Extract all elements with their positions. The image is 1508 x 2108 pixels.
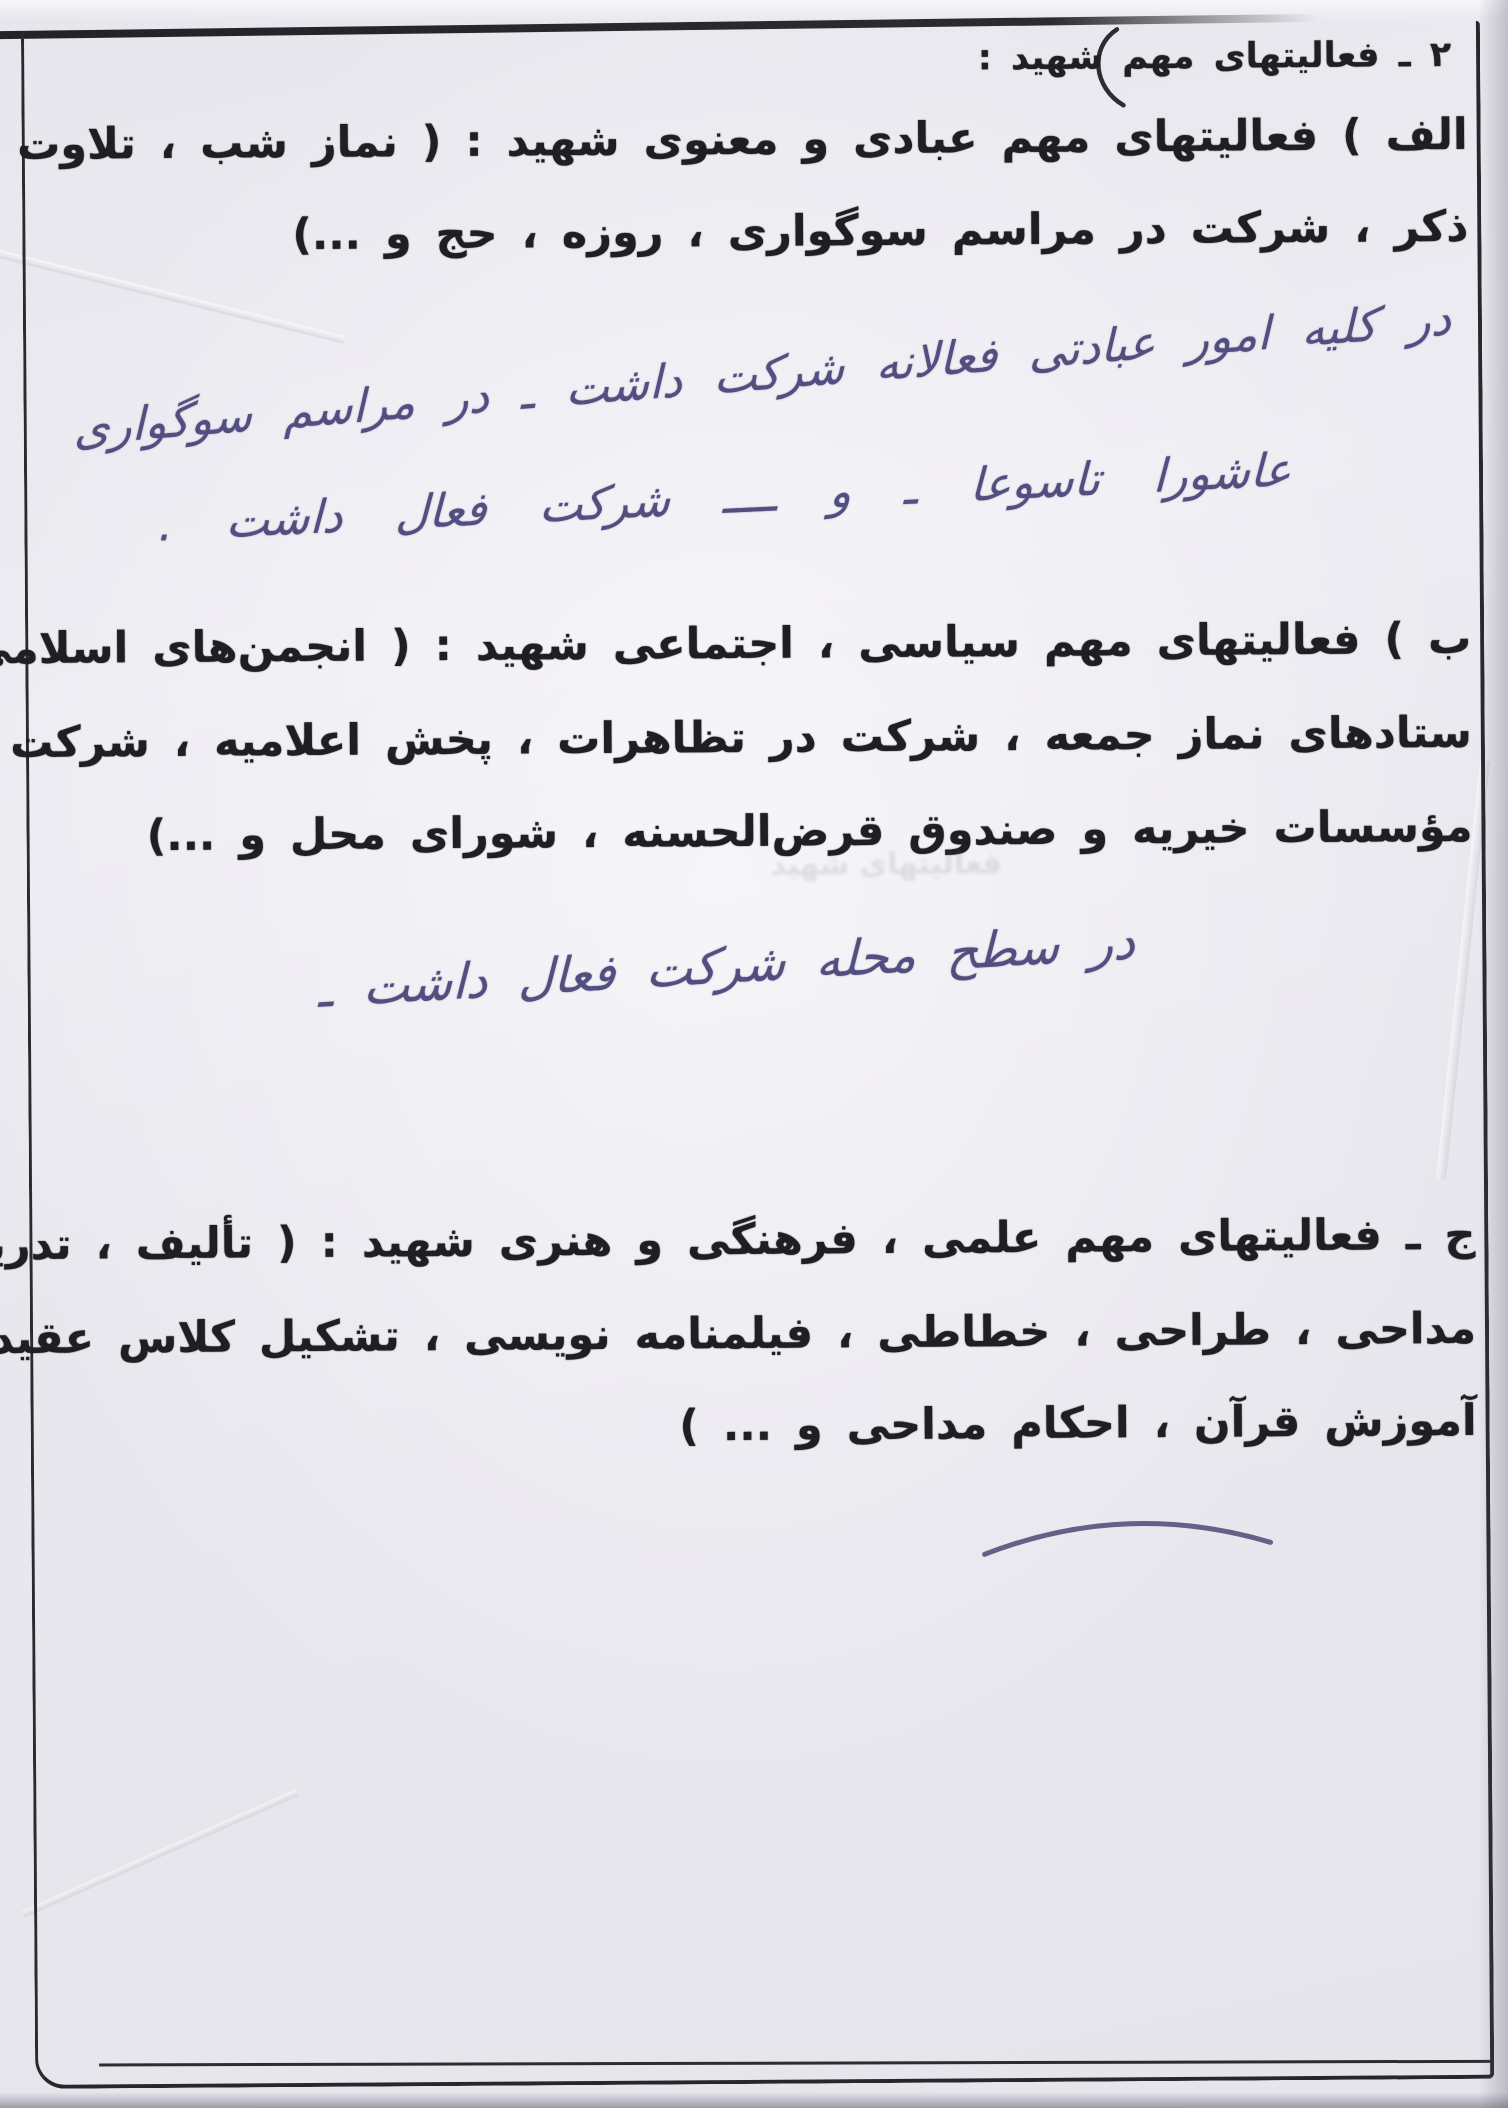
- scanned-form-page: ۲ ـ فعالیتهای مهم شهید : الف ) فعالیتهای…: [0, 0, 1508, 2108]
- scan-right-edge: [1478, 0, 1508, 2108]
- section-c-line3: آموزش قرآن ، احکام مداحی و ... ): [62, 1389, 1476, 1463]
- section-a-line2: ذکر ، شرکت در مراسم سوگواری ، روزه ، حج …: [54, 195, 1468, 269]
- page-title: ۲ ـ فعالیتهای مهم شهید :: [978, 35, 1452, 78]
- section-b-line3: مؤسسات خیریه و صندوق قرض‌الحسنه ، شورای …: [58, 795, 1472, 869]
- scan-bottom-edge: [0, 2092, 1508, 2108]
- section-b-line2: ستادهای نماز جمعه ، شرکت در تظاهرات ، پخ…: [58, 701, 1472, 775]
- section-a-line1: الف ) فعالیتهای مهم عبادی و معنوی شهید :…: [54, 103, 1468, 177]
- section-c-line2: مداحی ، طراحی ، خطاطی ، فیلمنامه نویسی ،…: [62, 1297, 1476, 1371]
- page-content: ۲ ـ فعالیتهای مهم شهید : الف ) فعالیتهای…: [0, 0, 1508, 2108]
- section-c-line1: ج ـ فعالیتهای مهم علمی ، فرهنگی و هنری ش…: [61, 1203, 1475, 1277]
- section-b-line1: ب ) فعالیتهای مهم سیاسی ، اجتماعی شهید :…: [57, 607, 1471, 681]
- ghost-offset-print: فعالیتهای شهید: [770, 846, 1002, 883]
- handwritten-dash-mark: [978, 1506, 1278, 1562]
